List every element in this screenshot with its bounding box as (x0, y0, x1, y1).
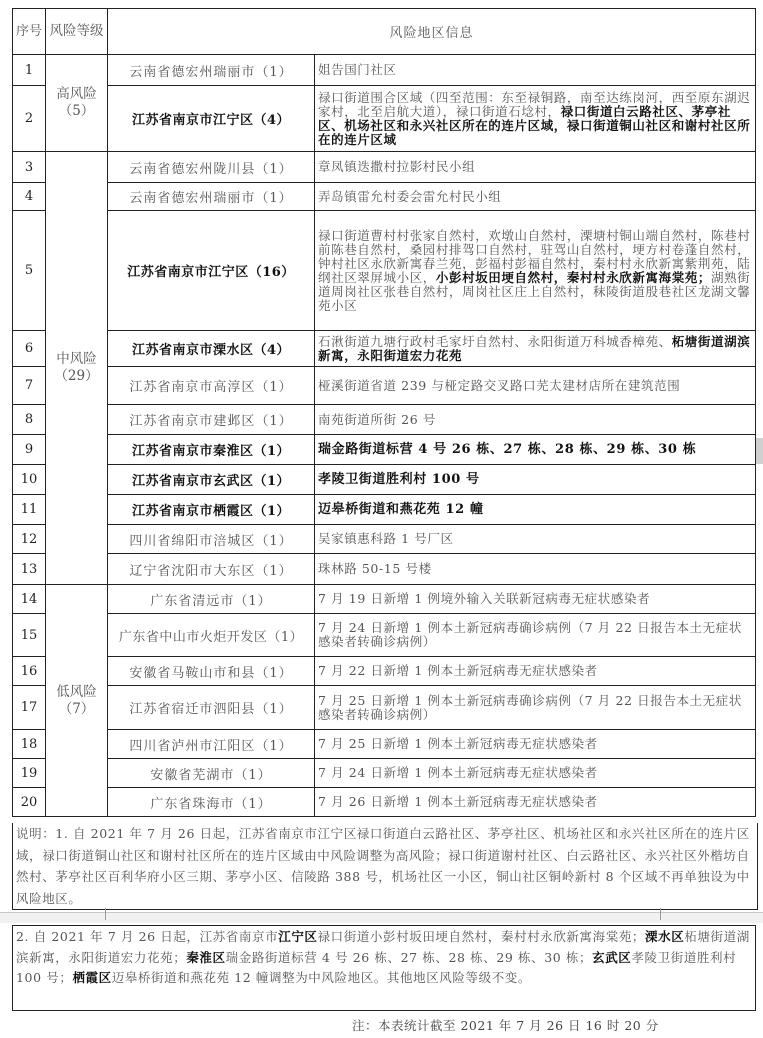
header-info: 风险地区信息 (108, 9, 756, 55)
note-text: 2. 自 2021 年 7 月 26 日起，江苏省南京市 (16, 929, 278, 944)
row-no: 1 (13, 55, 46, 86)
header-no: 序号 (13, 9, 46, 55)
table-row: 3 中风险（29） 云南省德宏州陇川县（1） 章凤镇迭撒村拉影村民小组 (13, 152, 756, 183)
row-no: 17 (13, 686, 46, 730)
note-1: 说明：1. 自 2021 年 7 月 26 日起，江苏省南京市江宁区禄口街道白云… (12, 823, 758, 910)
row-no: 12 (13, 525, 46, 554)
row-no: 6 (13, 331, 46, 367)
table-row: 9 江苏省南京市秦淮区（1） 瑞金路街道标营 4 号 26 栋、27 栋、28 … (13, 435, 756, 465)
region: 广东省珠海市（1） (108, 788, 315, 817)
area-info: 7 月 22 日新增 1 例本土新冠病毒无症状感染者 (315, 657, 756, 686)
region: 江苏省南京市高淳区（1） (108, 367, 315, 405)
table-row: 6 江苏省南京市溧水区（4） 石湫街道九塘行政村毛家圩自然村、永阳街道万科城香樟… (13, 331, 756, 367)
document-page-2: 2. 自 2021 年 7 月 26 日起，江苏省南京市江宁区禄口街道小彭村坂田… (0, 923, 763, 1038)
region: 四川省泸州市江阳区（1） (108, 730, 315, 759)
note-bold-district: 江宁区 (278, 929, 317, 944)
header-level: 风险等级 (46, 9, 108, 55)
region: 江苏省南京市建邺区（1） (108, 405, 315, 435)
level-high: 高风险（5） (46, 55, 108, 152)
table-row: 20 广东省珠海市（1） 7 月 26 日新增 1 例本土新冠病毒无症状感染者 (13, 788, 756, 817)
row-no: 16 (13, 657, 46, 686)
area-info: 7 月 24 日新增 1 例本土新冠病毒确诊病例（7 月 22 日报告本土无症状… (315, 614, 756, 657)
statistics-cutoff-note: 注：本表统计截至 2021 年 7 月 26 日 16 时 20 分 (352, 1016, 659, 1034)
row-no: 20 (13, 788, 46, 817)
table-row: 13 辽宁省沈阳市大东区（1） 珠林路 50-15 号楼 (13, 554, 756, 585)
row-no: 11 (13, 495, 46, 525)
note-2: 2. 自 2021 年 7 月 26 日起，江苏省南京市江宁区禄口街道小彭村坂田… (12, 925, 756, 1011)
area-info: 南苑街道所街 26 号 (315, 405, 756, 435)
row-no: 18 (13, 730, 46, 759)
region: 江苏省宿迁市泗阳县（1） (108, 686, 315, 730)
row-no: 14 (13, 585, 46, 614)
region: 安徽省马鞍山市和县（1） (108, 657, 315, 686)
page-corner-mark (105, 908, 106, 920)
region: 云南省德宏州瑞丽市（1） (108, 183, 315, 211)
area-info: 禄口街道曹村村张家自然村，欢墩山自然村，溧塘村铜山端自然村，陈巷村前陈巷自然村，… (315, 211, 756, 331)
area-info: 吴家镇惠科路 1 号厂区 (315, 525, 756, 554)
area-info: 7 月 19 日新增 1 例境外输入关联新冠病毒无症状感染者 (315, 585, 756, 614)
region: 江苏省南京市栖霞区（1） (108, 495, 315, 525)
table-row: 2 江苏省南京市江宁区（4） 禄口街道围合区域（四至范围：东至禄铜路，南至达练岗… (13, 86, 756, 152)
table-row: 17 江苏省宿迁市泗阳县（1） 7 月 25 日新增 1 例本土新冠病毒确诊病例… (13, 686, 756, 730)
level-medium: 中风险（29） (46, 152, 108, 585)
table-row: 1 高风险（5） 云南省德宏州瑞丽市（1） 姐告国门社区 (13, 55, 756, 86)
table-row: 7 江苏省南京市高淳区（1） 桠溪街道省道 239 与桠定路交叉路口芜太建材店所… (13, 367, 756, 405)
row-no: 2 (13, 86, 46, 152)
note-bold-district: 栖霞区 (72, 970, 111, 985)
table-row: 11 江苏省南京市栖霞区（1） 迈皋桥街道和燕花苑 12 幢 (13, 495, 756, 525)
row-no: 10 (13, 465, 46, 495)
side-scroll-tab[interactable] (756, 438, 763, 464)
area-info: 弄岛镇雷允村委会雷允村民小组 (315, 183, 756, 211)
area-info: 禄口街道围合区域（四至范围：东至禄铜路，南至达练岗河，西至原东湖迟家村，北至启航… (315, 86, 756, 152)
area-info: 迈皋桥街道和燕花苑 12 幢 (315, 495, 756, 525)
area-info: 7 月 26 日新增 1 例本土新冠病毒无症状感染者 (315, 788, 756, 817)
region: 四川省绵阳市涪城区（1） (108, 525, 315, 554)
row-no: 13 (13, 554, 46, 585)
row-no: 8 (13, 405, 46, 435)
area-info: 姐告国门社区 (315, 55, 756, 86)
region: 辽宁省沈阳市大东区（1） (108, 554, 315, 585)
area-info: 章凤镇迭撒村拉影村民小组 (315, 152, 756, 183)
row-no: 5 (13, 211, 46, 331)
region: 江苏省南京市玄武区（1） (108, 465, 315, 495)
row-no: 15 (13, 614, 46, 657)
note-text: 禄口街道小彭村坂田埂自然村，秦村村永欣新寓海棠苑； (318, 929, 646, 944)
table-header-row: 序号 风险等级 风险地区信息 (13, 9, 756, 55)
table-row: 14 低风险（7） 广东省清远市（1） 7 月 19 日新增 1 例境外输入关联… (13, 585, 756, 614)
region: 广东省中山市火炬开发区（1） (108, 614, 315, 657)
area-info: 7 月 25 日新增 1 例本土新冠病毒确诊病例（7 月 22 日报告本土无症状… (315, 686, 756, 730)
region: 云南省德宏州陇川县（1） (108, 152, 315, 183)
note-text: 瑞金路街道标营 4 号 26 栋、27 栋、28 栋、29 栋、30 栋； (226, 950, 592, 965)
region: 江苏省南京市溧水区（4） (108, 331, 315, 367)
row-no: 4 (13, 183, 46, 211)
region: 广东省清远市（1） (108, 585, 315, 614)
table-row: 10 江苏省南京市玄武区（1） 孝陵卫街道胜利村 100 号 (13, 465, 756, 495)
area-info: 孝陵卫街道胜利村 100 号 (315, 465, 756, 495)
note-text: 迈皋桥街道和燕花苑 12 幢调整为中风险地区。其他地区风险等级不变。 (112, 970, 531, 985)
region: 安徽省芜湖市（1） (108, 759, 315, 788)
table-row: 8 江苏省南京市建邺区（1） 南苑街道所街 26 号 (13, 405, 756, 435)
table-row: 4 云南省德宏州瑞丽市（1） 弄岛镇雷允村委会雷允村民小组 (13, 183, 756, 211)
note-bold-district: 秦淮区 (186, 950, 225, 965)
risk-area-table: 序号 风险等级 风险地区信息 1 高风险（5） 云南省德宏州瑞丽市（1） 姐告国… (12, 8, 756, 817)
area-info: 石湫街道九塘行政村毛家圩自然村、永阳街道万科城香樟苑、柘塘街道湖滨新寓，永阳街道… (315, 331, 756, 367)
row-no: 19 (13, 759, 46, 788)
note-bold-district: 玄武区 (592, 950, 631, 965)
table-row: 16 安徽省马鞍山市和县（1） 7 月 22 日新增 1 例本土新冠病毒无症状感… (13, 657, 756, 686)
note-bold-district: 溧水区 (645, 929, 684, 944)
region: 江苏省南京市秦淮区（1） (108, 435, 315, 465)
row-no: 9 (13, 435, 46, 465)
area-info: 7 月 24 日新增 1 例本土新冠病毒无症状感染者 (315, 759, 756, 788)
table-row: 5 江苏省南京市江宁区（16） 禄口街道曹村村张家自然村，欢墩山自然村，溧塘村铜… (13, 211, 756, 331)
area-info-bold: 小彭村坂田埂自然村，秦村村永欣新寓海棠苑； (436, 270, 711, 285)
area-info: 珠林路 50-15 号楼 (315, 554, 756, 585)
region: 云南省德宏州瑞丽市（1） (108, 55, 315, 86)
level-low: 低风险（7） (46, 585, 108, 817)
row-no: 3 (13, 152, 46, 183)
document-page-1: 序号 风险等级 风险地区信息 1 高风险（5） 云南省德宏州瑞丽市（1） 姐告国… (0, 0, 763, 912)
area-info: 7 月 25 日新增 1 例本土新冠病毒无症状感染者 (315, 730, 756, 759)
table-row: 12 四川省绵阳市涪城区（1） 吴家镇惠科路 1 号厂区 (13, 525, 756, 554)
area-info: 瑞金路街道标营 4 号 26 栋、27 栋、28 栋、29 栋、30 栋 (315, 435, 756, 465)
region: 江苏省南京市江宁区（16） (108, 211, 315, 331)
area-info-plain: 石湫街道九塘行政村毛家圩自然村、永阳街道万科城香樟苑、 (318, 334, 672, 349)
table-row: 18 四川省泸州市江阳区（1） 7 月 25 日新增 1 例本土新冠病毒无症状感… (13, 730, 756, 759)
page-corner-mark (660, 908, 661, 920)
region: 江苏省南京市江宁区（4） (108, 86, 315, 152)
row-no: 7 (13, 367, 46, 405)
area-info: 桠溪街道省道 239 与桠定路交叉路口芜太建材店所在建筑范围 (315, 367, 756, 405)
table-row: 19 安徽省芜湖市（1） 7 月 24 日新增 1 例本土新冠病毒无症状感染者 (13, 759, 756, 788)
table-row: 15 广东省中山市火炬开发区（1） 7 月 24 日新增 1 例本土新冠病毒确诊… (13, 614, 756, 657)
